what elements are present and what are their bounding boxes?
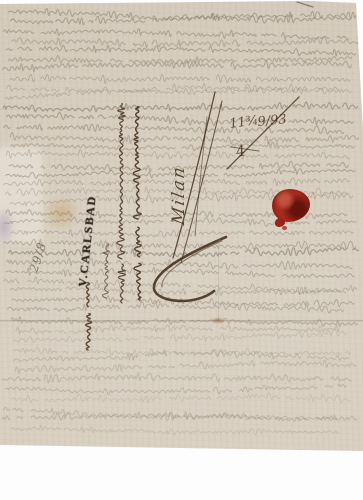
fold-crease-vertical bbox=[218, 238, 220, 322]
crease-line-top bbox=[0, 107, 363, 110]
paper-sheet: 11¾ 9/93 4 Milan V.CARLSBAD 29/8 bbox=[0, 0, 363, 500]
handwriting-layer: 11¾ 9/93 4 Milan bbox=[0, 0, 363, 500]
scanned-letter: 11¾ 9/93 4 Milan V.CARLSBAD 29/8 bbox=[0, 0, 363, 500]
wax-seal-droplet bbox=[282, 226, 287, 230]
fold-crease-horizontal bbox=[0, 319, 363, 322]
rate-mark-1: 11¾ bbox=[228, 113, 259, 132]
rust-spot bbox=[210, 317, 226, 324]
destination-word: Milan bbox=[169, 164, 189, 228]
rate-mark-2: 9/93 bbox=[257, 112, 288, 130]
